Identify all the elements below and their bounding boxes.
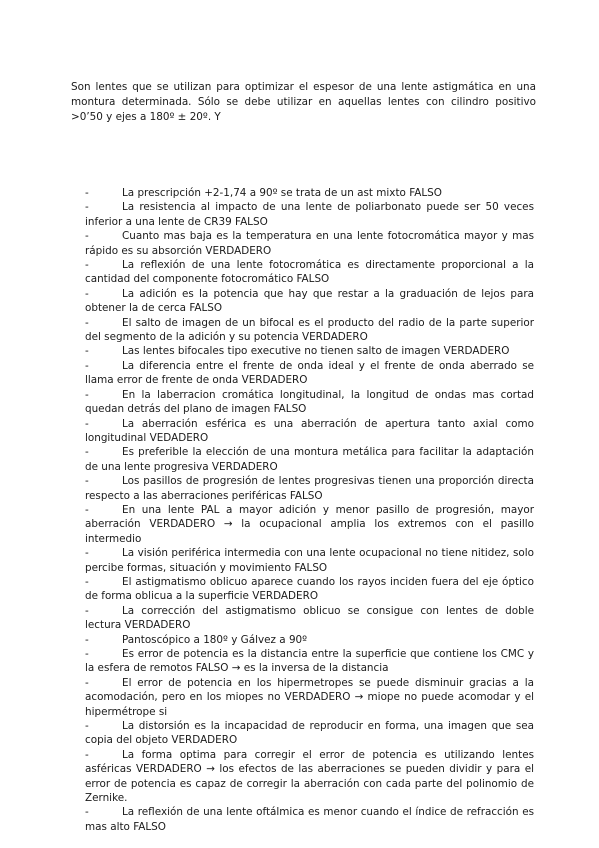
bullet-dash: - xyxy=(85,258,122,272)
bullet-dash: - xyxy=(85,359,122,373)
list-item: -La reflexión de una lente fotocromática… xyxy=(85,258,534,287)
item-text: Es preferible la elección de una montura… xyxy=(85,446,534,472)
item-text: Es error de potencia es la distancia ent… xyxy=(85,648,534,674)
list-item: -Los pasillos de progresión de lentes pr… xyxy=(85,474,534,503)
statement-list: -La prescripción +2-1,74 a 90º se trata … xyxy=(85,186,534,834)
list-item: -Las lentes bifocales tipo executive no … xyxy=(85,344,534,358)
list-item: -El astigmatismo oblicuo aparece cuando … xyxy=(85,575,534,604)
bullet-dash: - xyxy=(85,200,122,214)
item-text: La prescripción +2-1,74 a 90º se trata d… xyxy=(122,187,442,199)
item-text: La reflexión de una lente oftálmica es m… xyxy=(85,806,534,832)
item-text: La adición es la potencia que hay que re… xyxy=(85,288,534,314)
bullet-dash: - xyxy=(85,805,122,819)
bullet-dash: - xyxy=(85,719,122,733)
item-text: La visión periférica intermedia con una … xyxy=(85,547,534,573)
bullet-dash: - xyxy=(85,445,122,459)
item-text: Los pasillos de progresión de lentes pro… xyxy=(85,475,534,501)
bullet-dash: - xyxy=(85,388,122,402)
bullet-dash: - xyxy=(85,575,122,589)
bullet-dash: - xyxy=(85,604,122,618)
list-item: -Pantoscópico a 180º y Gálvez a 90º xyxy=(85,633,534,647)
bullet-dash: - xyxy=(85,344,122,358)
list-item: -La reflexión de una lente oftálmica es … xyxy=(85,805,534,834)
bullet-dash: - xyxy=(85,417,122,431)
list-item: -El salto de imagen de un bifocal es el … xyxy=(85,316,534,345)
list-item: -Cuanto mas baja es la temperatura en un… xyxy=(85,229,534,258)
bullet-dash: - xyxy=(85,546,122,560)
bullet-dash: - xyxy=(85,474,122,488)
bullet-dash: - xyxy=(85,647,122,661)
item-text: La aberración esférica es una aberración… xyxy=(85,418,534,444)
item-text: El error de potencia en los hipermetrope… xyxy=(85,677,534,718)
list-item: -La adición es la potencia que hay que r… xyxy=(85,287,534,316)
item-text: La diferencia entre el frente de onda id… xyxy=(85,360,534,386)
item-text: La reflexión de una lente fotocromática … xyxy=(85,259,534,285)
list-item: -La distorsión es la incapacidad de repr… xyxy=(85,719,534,748)
list-item: -La resistencia al impacto de una lente … xyxy=(85,200,534,229)
list-item: -Es preferible la elección de una montur… xyxy=(85,445,534,474)
list-item: -La aberración esférica es una aberració… xyxy=(85,417,534,446)
list-item: -El error de potencia en los hipermetrop… xyxy=(85,676,534,719)
list-item: -En la laberracion cromática longitudina… xyxy=(85,388,534,417)
item-text: Las lentes bifocales tipo executive no t… xyxy=(122,345,509,357)
item-text: La forma optima para corregir el error d… xyxy=(85,749,534,804)
bullet-dash: - xyxy=(85,229,122,243)
bullet-dash: - xyxy=(85,503,122,517)
list-item: -Es error de potencia es la distancia en… xyxy=(85,647,534,676)
item-text: El astigmatismo oblicuo aparece cuando l… xyxy=(85,576,534,602)
item-text: En una lente PAL a mayor adición y menor… xyxy=(85,504,534,545)
item-text: El salto de imagen de un bifocal es el p… xyxy=(85,317,534,343)
list-item: -La corrección del astigmatismo oblicuo … xyxy=(85,604,534,633)
list-item: -La visión periférica intermedia con una… xyxy=(85,546,534,575)
item-text: La distorsión es la incapacidad de repro… xyxy=(85,720,534,746)
list-item: -La diferencia entre el frente de onda i… xyxy=(85,359,534,388)
bullet-dash: - xyxy=(85,287,122,301)
bullet-dash: - xyxy=(85,316,122,330)
item-text: La resistencia al impacto de una lente d… xyxy=(85,201,534,227)
bullet-dash: - xyxy=(85,633,122,647)
bullet-dash: - xyxy=(85,748,122,762)
item-text: La corrección del astigmatismo oblicuo s… xyxy=(85,605,534,631)
bullet-dash: - xyxy=(85,676,122,690)
item-text: En la laberracion cromática longitudinal… xyxy=(85,389,534,415)
list-item: -La prescripción +2-1,74 a 90º se trata … xyxy=(85,186,534,200)
intro-paragraph: Son lentes que se utilizan para optimiza… xyxy=(71,80,536,124)
list-item: -En una lente PAL a mayor adición y meno… xyxy=(85,503,534,546)
item-text: Pantoscópico a 180º y Gálvez a 90º xyxy=(122,634,307,646)
item-text: Cuanto mas baja es la temperatura en una… xyxy=(85,230,534,256)
bullet-dash: - xyxy=(85,186,122,200)
list-item: -La forma optima para corregir el error … xyxy=(85,748,534,806)
